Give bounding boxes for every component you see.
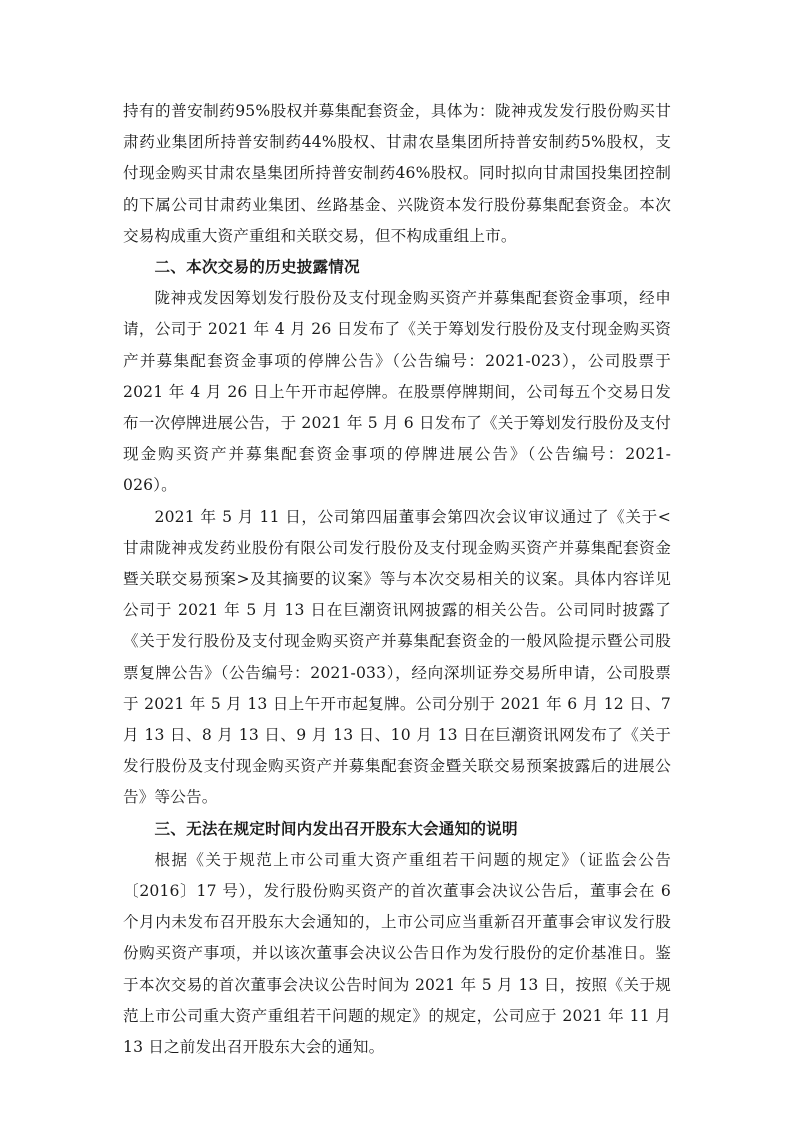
section-heading-shareholder-meeting-notice: 三、无法在规定时间内发出召开股东大会通知的说明 [123,814,671,845]
paragraph-transaction-overview-continued: 持有的普安制药95%股权并募集配套资金，具体为：陇神戎发发行股份购买甘肃药业集团… [123,96,671,252]
paragraph-regulatory-deadline: 根据《关于规范上市公司重大资产重组若干问题的规定》（证监会公告〔2016〕17 … [123,845,671,1063]
paragraph-board-resolution-resumption: 2021 年 5 月 11 日，公司第四届董事会第四次会议审议通过了《关于<甘肃… [123,502,671,814]
paragraph-suspension-announcement: 陇神戎发因筹划发行股份及支付现金购买资产并募集配套资金事项，经申请，公司于 20… [123,283,671,501]
document-page: 持有的普安制药95%股权并募集配套资金，具体为：陇神戎发发行股份购买甘肃药业集团… [123,96,671,1063]
section-heading-disclosure-history: 二、本次交易的历史披露情况 [123,252,671,283]
